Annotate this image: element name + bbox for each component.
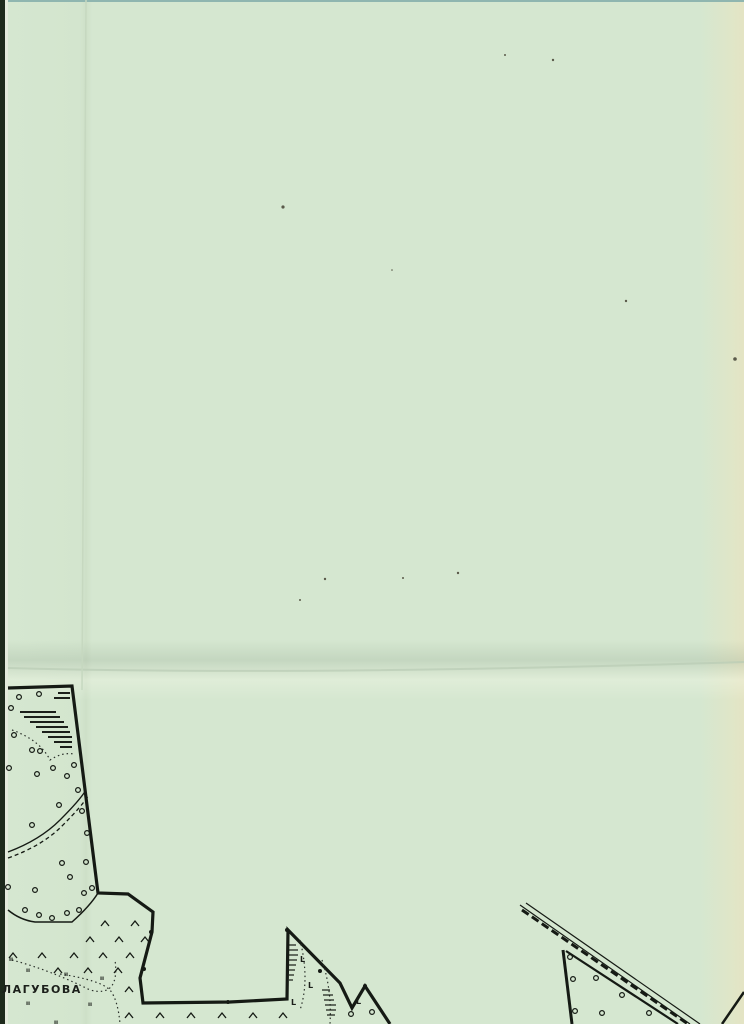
svg-text:ıı: ıı	[26, 967, 30, 974]
svg-text:ıı: ıı	[9, 956, 13, 963]
svg-text:ıı: ıı	[88, 1001, 92, 1008]
settlement-label: ЛАГУБОВА	[2, 983, 82, 996]
svg-text:ıı: ıı	[100, 975, 104, 982]
svg-text:ıı: ıı	[26, 1000, 30, 1007]
marsh-symbol: L	[291, 998, 296, 1007]
svg-text:ıı: ıı	[64, 971, 68, 978]
svg-text:ıı: ıı	[54, 1019, 58, 1024]
railway-and-parcel	[520, 903, 744, 1024]
map-sheet: L L L L ıı ıı ıı ıı ıı ıı ıı ЛАГУБОВА	[0, 0, 744, 1024]
map-drawing: L L L L ıı ıı ıı ıı ıı ıı ıı	[0, 0, 744, 1024]
scan-specks	[281, 54, 736, 601]
marsh-symbol: L	[356, 997, 361, 1006]
marsh-symbol: L	[308, 981, 313, 990]
marsh-symbol: L	[300, 955, 305, 964]
